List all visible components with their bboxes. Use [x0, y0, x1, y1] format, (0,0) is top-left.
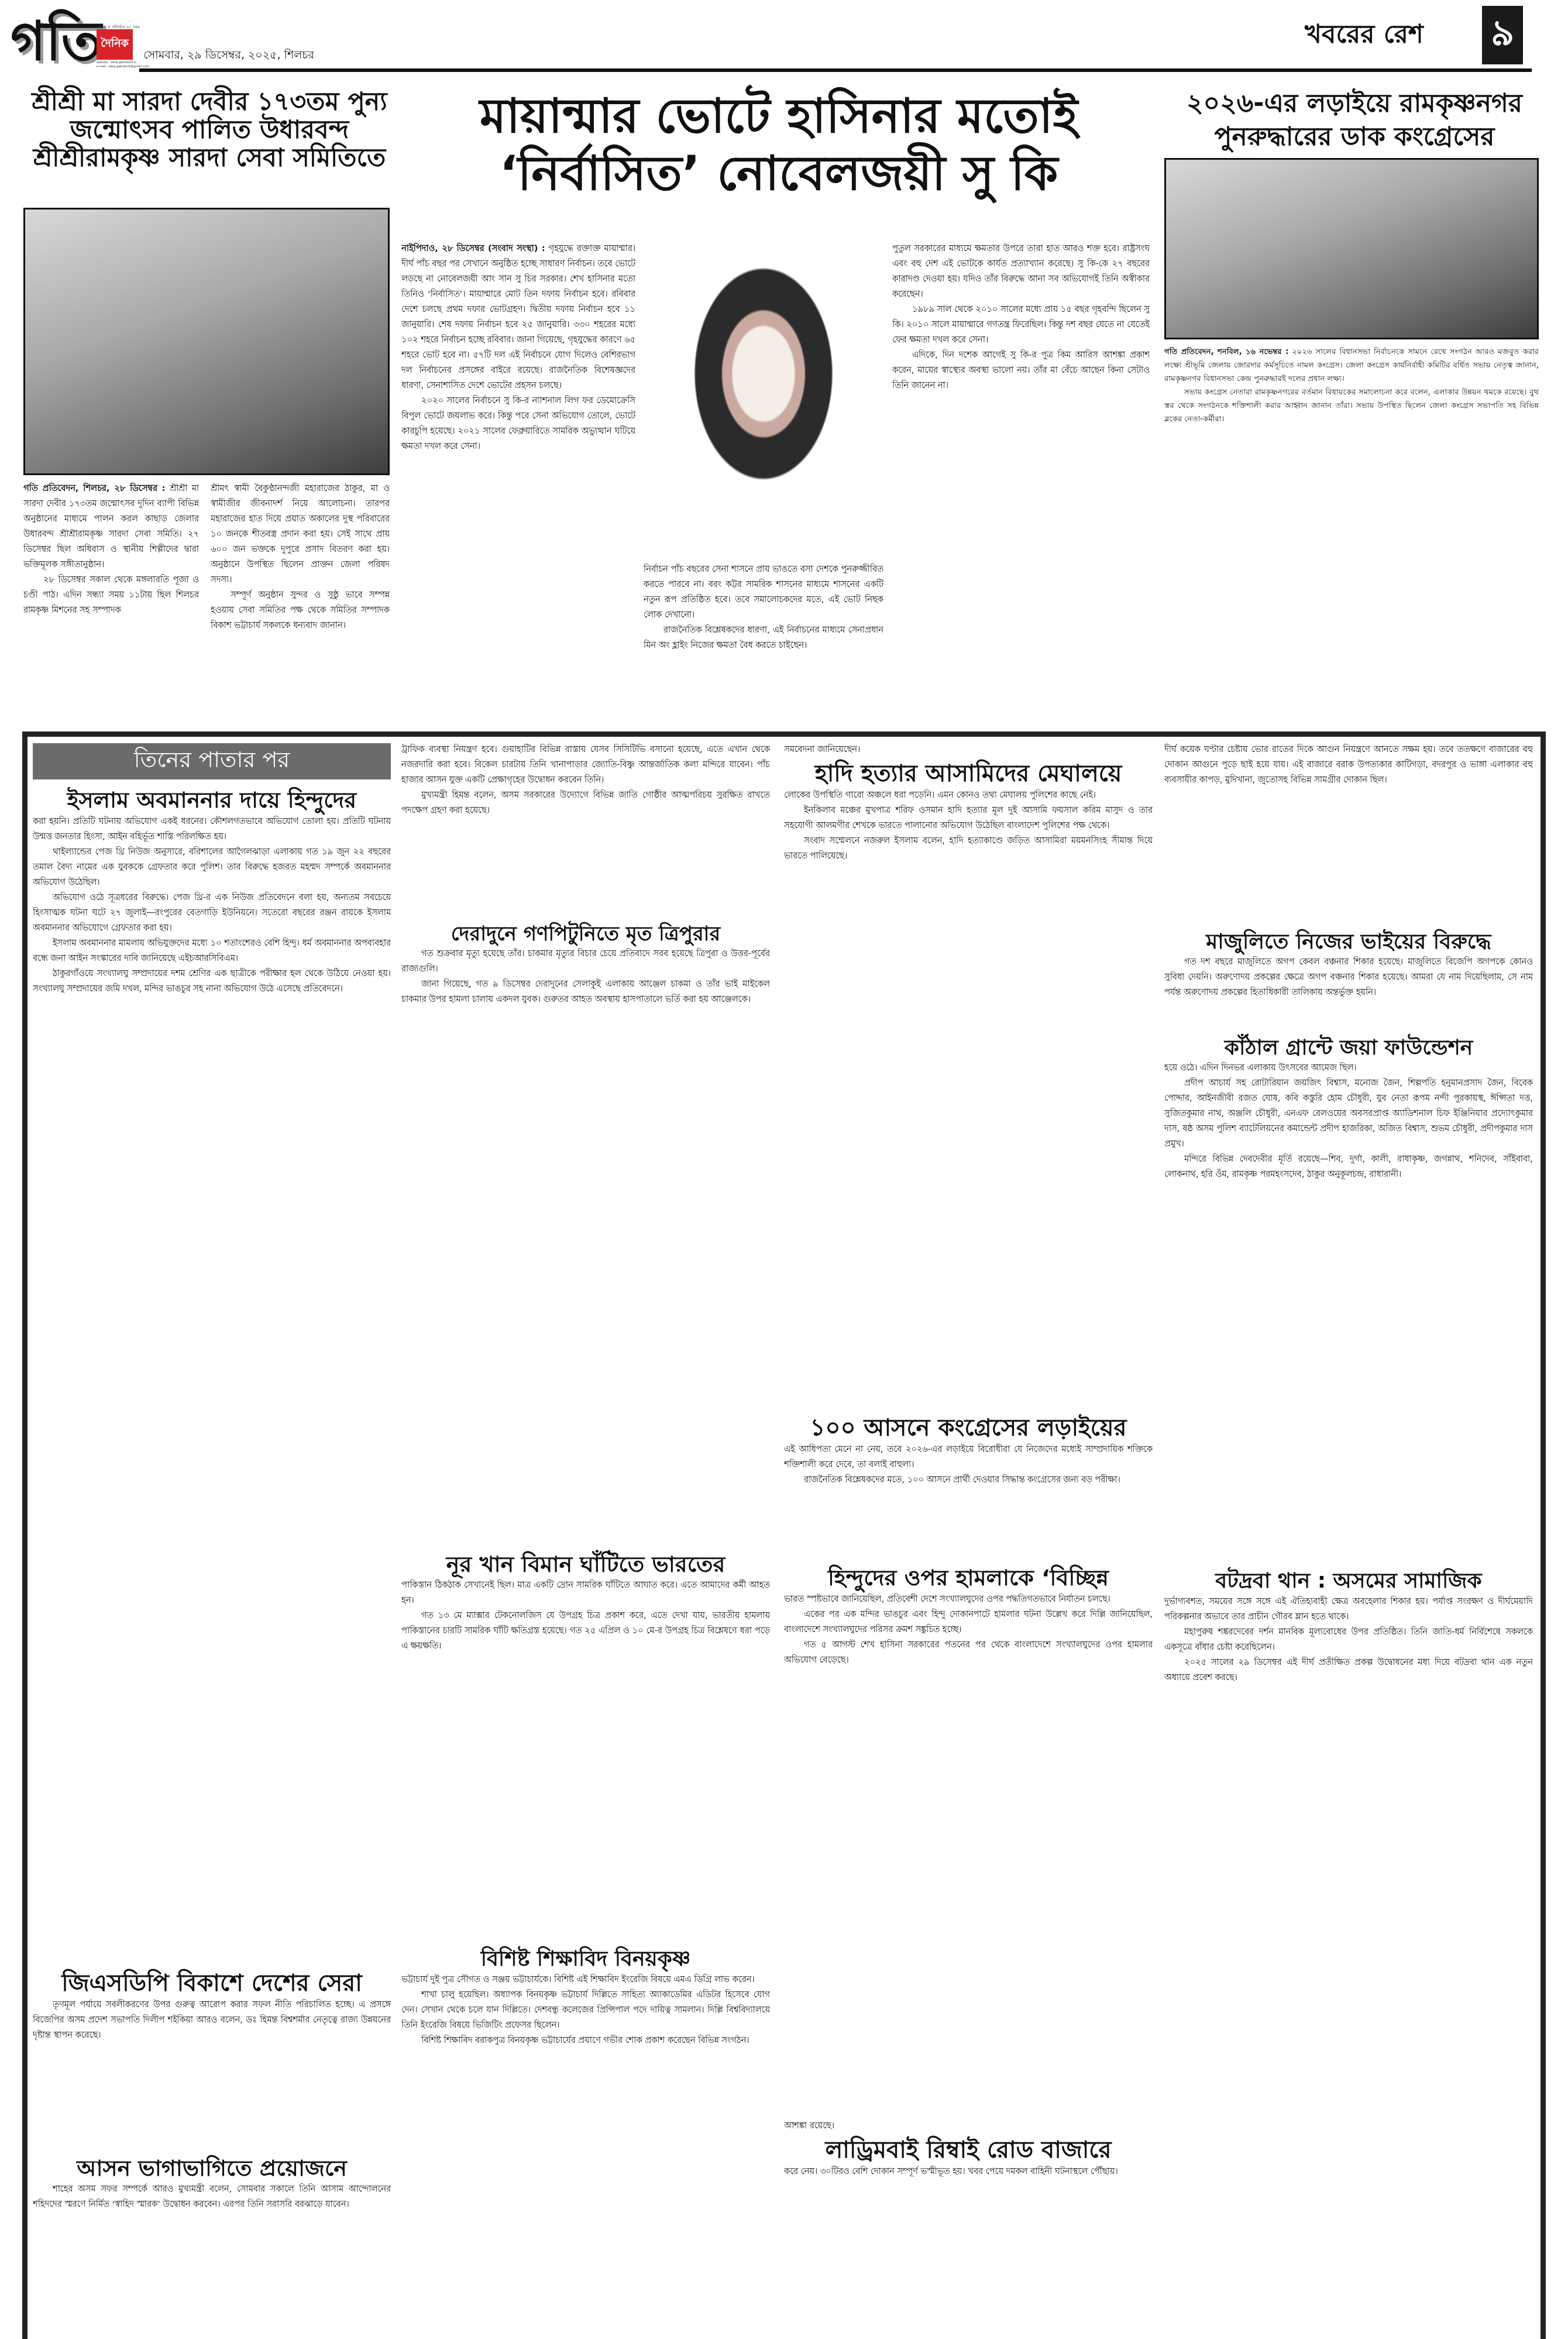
story-paragraph: গত দশ বছরে মাজুলিতে অগপ কেবল বঞ্চনার শিক…	[1164, 954, 1533, 1000]
story-headline: নূর খান বিমান ঘাঁটিতে ভারতের	[401, 1551, 770, 1578]
masthead-rule	[139, 68, 1532, 72]
section-title: খবরের রেশ	[1305, 15, 1423, 57]
story-headline: জিএসডিপি বিকাশে দেশের সেরা	[33, 1969, 391, 1997]
story-paragraph: শ্রীমৎ স্বামী বৈকুণ্ঠানন্দজী মহারাজের ঠা…	[211, 481, 390, 588]
event-photo	[23, 208, 390, 475]
story-paragraph: ইনকিলাব মঞ্চের মুখপাত্র শরিফ ওসমান হাদি …	[784, 803, 1153, 833]
story-headline: ১০০ আসনে কংগ্রেসের লড়াইয়ের	[784, 1414, 1153, 1442]
story-paragraph: ট্রাফিক ব্যবস্থা নিয়ন্ত্রণ হবে। গুয়াহা…	[401, 742, 770, 788]
story-paragraph: সভায় কংগ্রেস নেতারা রামকৃষ্ণনগরের বর্তম…	[1164, 386, 1539, 426]
story-headline: দেরাদুনে গণপিটুনিতে মৃত ত্রিপুরার	[401, 922, 770, 946]
story-paragraph: সংবাদ সম্মেলনে নজরুল ইসলাম বলেন, হাদি হত…	[784, 833, 1153, 864]
story-paragraph: গত ১৩ মে ম্যাক্সার টেকনোলজিস যে উপগ্রহ চ…	[401, 1608, 770, 1654]
story-paragraph: ইসলাম অবমাননার মামলায় অভিযুক্তদের মধ্যে…	[33, 936, 391, 966]
headline-line: জন্মোৎসব পালিত উধারবন্দ	[22, 116, 397, 144]
story-paragraph: ১৯৮৯ সাল থেকে ২০১০ সালের মধ্যে প্রায় ১৫…	[892, 302, 1150, 348]
dainik-badge: দৈনিক	[97, 29, 133, 60]
story-text: গৃহযুদ্ধে রক্তাক্ত মায়ান্মার। দীর্ঘ পাঁ…	[401, 243, 635, 390]
story-headline: বটদ্রবা থান : অসমের সামাজিক	[1164, 1568, 1533, 1593]
story-paragraph: রাজনৈতিক বিশ্লেষকদের মতে, ১০০ আসনে প্রার…	[784, 1472, 1153, 1488]
story-paragraph: করে নেয়। ৩০টিরও বেশি দোকান সম্পূর্ণ ভস্…	[784, 2164, 1153, 2179]
story-paragraph: দীর্ঘ কয়েক ঘণ্টার চেষ্টায় ভোর রাতের দি…	[1164, 742, 1533, 788]
story-paragraph: অভিযোগ ওঠে সূত্রধরের বিরুদ্ধে। পেজ থ্রি-…	[33, 890, 391, 936]
story-paragraph: নির্বাচন পাঁচ বছরের সেনা শাসনে প্রায় ভা…	[644, 562, 883, 623]
headline-line: পুনরুদ্ধারের ডাক কংগ্রেসের	[1161, 120, 1548, 153]
lead-story-column: পুতুল সরকারের মাধ্যমে ক্ষমতার উপরে তারা …	[892, 241, 1150, 726]
story-column: শ্রীমৎ স্বামী বৈকুণ্ঠানন্দজী মহারাজের ঠা…	[211, 481, 390, 727]
story-paragraph: লোকের উপস্থিতি গারো অঞ্চলে ধরা পড়েনি। এ…	[784, 788, 1153, 803]
story-paragraph: তৃণমূল পর্যায়ে সবলীকরণের উপর গুরুত্ব আর…	[33, 1997, 391, 2043]
headline-line: শ্রীশ্রী মা সারদা দেবীর ১৭৩তম পুন্য	[22, 88, 397, 116]
story-paragraph: গত শুক্রবার মৃত্যু হয়েছে তাঁর। চাকমার ম…	[401, 946, 770, 977]
dateline: সোমবার, ২৯ ডিসেম্বর, ২০২৫, শিলচর	[143, 47, 314, 66]
top-right-headline: ২০২৬-এর লড়াইয়ে রামকৃষ্ণনগর পুনরুদ্ধারে…	[1161, 87, 1548, 153]
story-paragraph: রাজনৈতিক বিশ্লেষকদের ধারণা, এই নির্বাচনে…	[644, 623, 883, 653]
portrait-photo	[644, 241, 883, 557]
dainik-contact: website : www.gatidainik.in e-mail : www…	[97, 61, 149, 69]
story-paragraph: করা হয়নি। প্রতিটি ঘটনায় অভিযোগ একই ধরন…	[33, 814, 391, 844]
newspaper-logo: গতি	[11, 6, 92, 76]
story-paragraph: ২৮ ডিসেম্বর সকাল থেকে মঙ্গলারতি পূজা ও চ…	[23, 572, 199, 618]
story-paragraph: পাকিস্তান ঠিকঠাক সেখানেই ছিল। মাত্র একটি…	[401, 1578, 770, 1608]
masthead: গতি প্রকাশ ও প্রতিষ্ঠার ৬১ বছর দৈনিক web…	[0, 0, 1568, 79]
lead-story-column: নাইপিদাও, ২৮ ডিসেম্বর (সংবাদ সংস্থা) : গ…	[401, 241, 635, 726]
story-paragraph: ২০২০ সালের নির্বাচনে সু কি-র ন্যাশনাল লি…	[401, 393, 635, 454]
headline-line: ২০২৬-এর লড়াইয়ে রামকৃষ্ণনগর	[1161, 87, 1548, 120]
story-paragraph: মন্দিরে বিভিন্ন দেবদেবীর মূর্তি রয়েছে—শ…	[1164, 1152, 1533, 1182]
story-paragraph: ভট্টাচার্য দুই পুত্র সৌগত ও সঞ্জয় ভট্টা…	[401, 1972, 770, 1987]
story-paragraph: একের পর এক মন্দির ভাঙচুর এবং হিন্দু দোকা…	[784, 1607, 1153, 1637]
story-paragraph: ২০২৫ সালের ২৯ ডিসেম্বর এই দীর্ঘ প্রতীক্ষ…	[1164, 1655, 1533, 1685]
congress-meeting-photo	[1164, 158, 1539, 339]
story-paragraph: মুখ্যমন্ত্রী হিমন্ত বলেন, অসম সরকারের উদ…	[401, 788, 770, 818]
story-paragraph: আশঙ্কা রয়েছে।	[784, 2118, 1153, 2134]
headline-line: ‘নির্বাসিত’ নোবেলজয়ী সু কি	[401, 145, 1156, 202]
story-paragraph: এদিকে, দিন দশেক আগেই সু কি-র পুত্র কিম আ…	[892, 348, 1150, 393]
story-paragraph: দুর্ভাগ্যবশত, সময়ের সঙ্গে সঙ্গে এই ঐতিহ…	[1164, 1594, 1533, 1624]
story-paragraph: শাখা চালু হয়েছিল। অধ্যাপক বিনয়কৃষ্ণ ভট…	[401, 1987, 770, 2033]
story-dateline: গতি প্রতিবেদন, শিলচর, ২৮ ডিসেম্বর :	[23, 483, 166, 493]
lead-story-column: নির্বাচন পাঁচ বছরের সেনা শাসনে প্রায় ভা…	[644, 562, 883, 726]
story-headline: হিন্দুদের ওপর হামলাকে ‘বিচ্ছিন্ন	[784, 1565, 1153, 1592]
story-headline: আসন ভাগাভাগিতে প্রয়োজনে	[33, 2155, 391, 2182]
story-dateline: গতি প্রতিবেদন, শনবিল, ১৬ নভেম্বর :	[1164, 348, 1288, 356]
story-headline: বিশিষ্ট শিক্ষাবিদ বিনয়কৃষ্ণ	[401, 1946, 770, 1972]
story-paragraph: সম্পূর্ণ অনুষ্ঠান সুন্দর ও সুষ্ঠু ভাবে স…	[211, 588, 390, 633]
story-headline: কাঁঠাল গ্রান্টে জয়া ফাউন্ডেশন	[1164, 1035, 1533, 1060]
story-headline: হাদি হত্যার আসামিদের মেঘালয়ে	[784, 760, 1153, 788]
continued-column-2: ট্রাফিক ব্যবস্থা নিয়ন্ত্রণ হবে। গুয়াহা…	[401, 742, 770, 2337]
story-paragraph: ভারত স্পষ্টভাবে জানিয়েছিল, প্রতিবেশী দে…	[784, 1592, 1153, 1607]
story-column: গতি প্রতিবেদন, শিলচর, ২৮ ডিসেম্বর : শ্রী…	[23, 481, 199, 727]
page-number: ৯	[1482, 6, 1523, 64]
story-headline: শ্রীশ্রী মা সারদা দেবীর ১৭৩তম পুন্য জন্ম…	[22, 88, 397, 172]
story-paragraph: মহাপুরুষ শঙ্করদেবের দর্শন মানবিক মূল্যবো…	[1164, 1624, 1533, 1655]
continued-column-1: ইসলাম অবমাননার দায়ে হিন্দুদের করা হয়নি…	[33, 787, 391, 2338]
story-paragraph: প্রদীপ আচার্য সহ রোটারিয়ান জয়জিৎ বিশ্ব…	[1164, 1076, 1533, 1152]
top-left-story: শ্রীশ্রী মা সারদা দেবীর ১৭৩তম পুন্য জন্ম…	[22, 88, 397, 172]
continued-column-3: সমবেদনা জানিয়েছেন। হাদি হত্যার আসামিদের…	[784, 742, 1153, 2337]
story-paragraph: পুতুল সরকারের মাধ্যমে ক্ষমতার উপরে তারা …	[892, 241, 1150, 302]
dainik-website: website : www.gatidainik.in	[97, 61, 149, 65]
headline-line: মায়ান্মার ভোটে হাসিনার মতোই	[401, 88, 1156, 145]
story-paragraph: ঠাকুরগাঁওয়ে সংখ্যালঘু সম্প্রদায়ের দশম …	[33, 966, 391, 997]
continued-banner: তিনের পাতার পর	[33, 743, 391, 779]
story-dateline: নাইপিদাও, ২৮ ডিসেম্বর (সংবাদ সংস্থা) :	[401, 243, 545, 253]
story-headline: মাজুলিতে নিজের ভাইয়ের বিরুদ্ধে	[1164, 929, 1533, 954]
lead-headline: মায়ান্মার ভোটে হাসিনার মতোই ‘নির্বাসিত’…	[401, 88, 1156, 203]
story-text: শ্রীশ্রী মা সারদা দেবীর ১৭৩তম জন্মোৎসব দ…	[23, 483, 199, 569]
story-paragraph: সমবেদনা জানিয়েছেন।	[784, 742, 1153, 757]
headline-line: শ্রীশ্রীরামকৃষ্ণ সারদা সেবা সমিতিতে	[22, 144, 397, 172]
story-paragraph: থাইল্যান্ডের পেজ থ্রি নিউজ অনুসারে, বরিশ…	[33, 844, 391, 890]
story-column: গতি প্রতিবেদন, শনবিল, ১৬ নভেম্বর : ২০২৬ …	[1164, 345, 1539, 726]
story-headline: ইসলাম অবমাননার দায়ে হিন্দুদের	[33, 787, 391, 814]
story-paragraph: বিশিষ্ট শিক্ষাবিদ বরাকপুত্র বিনয়কৃষ্ণ ভ…	[401, 2033, 770, 2048]
continued-column-4: দীর্ঘ কয়েক ঘণ্টার চেষ্টায় ভোর রাতের দি…	[1164, 742, 1533, 2337]
story-paragraph: গত ৫ আগস্ট শেখ হাসিনা সরকারের পতনের পর থ…	[784, 1637, 1153, 1668]
story-paragraph: এই আধিপত্য মেনে না নেয়, তবে ২০২৬-এর লড়…	[784, 1442, 1153, 1472]
story-headline: লাড্রিমবাই রিম্বাই রোড বাজারে	[784, 2136, 1153, 2164]
story-paragraph: শাহের অসম সফর সম্পর্কে আরও মুখ্যমন্ত্রী …	[33, 2182, 391, 2212]
story-paragraph: জানা গিয়েছে, গত ৯ ডিসেম্বর দেরাদুনের সে…	[401, 977, 770, 1007]
story-paragraph: হয়ে ওঠে। এদিন দিনভর এলাকায় উৎসবের আমেজ…	[1164, 1060, 1533, 1076]
